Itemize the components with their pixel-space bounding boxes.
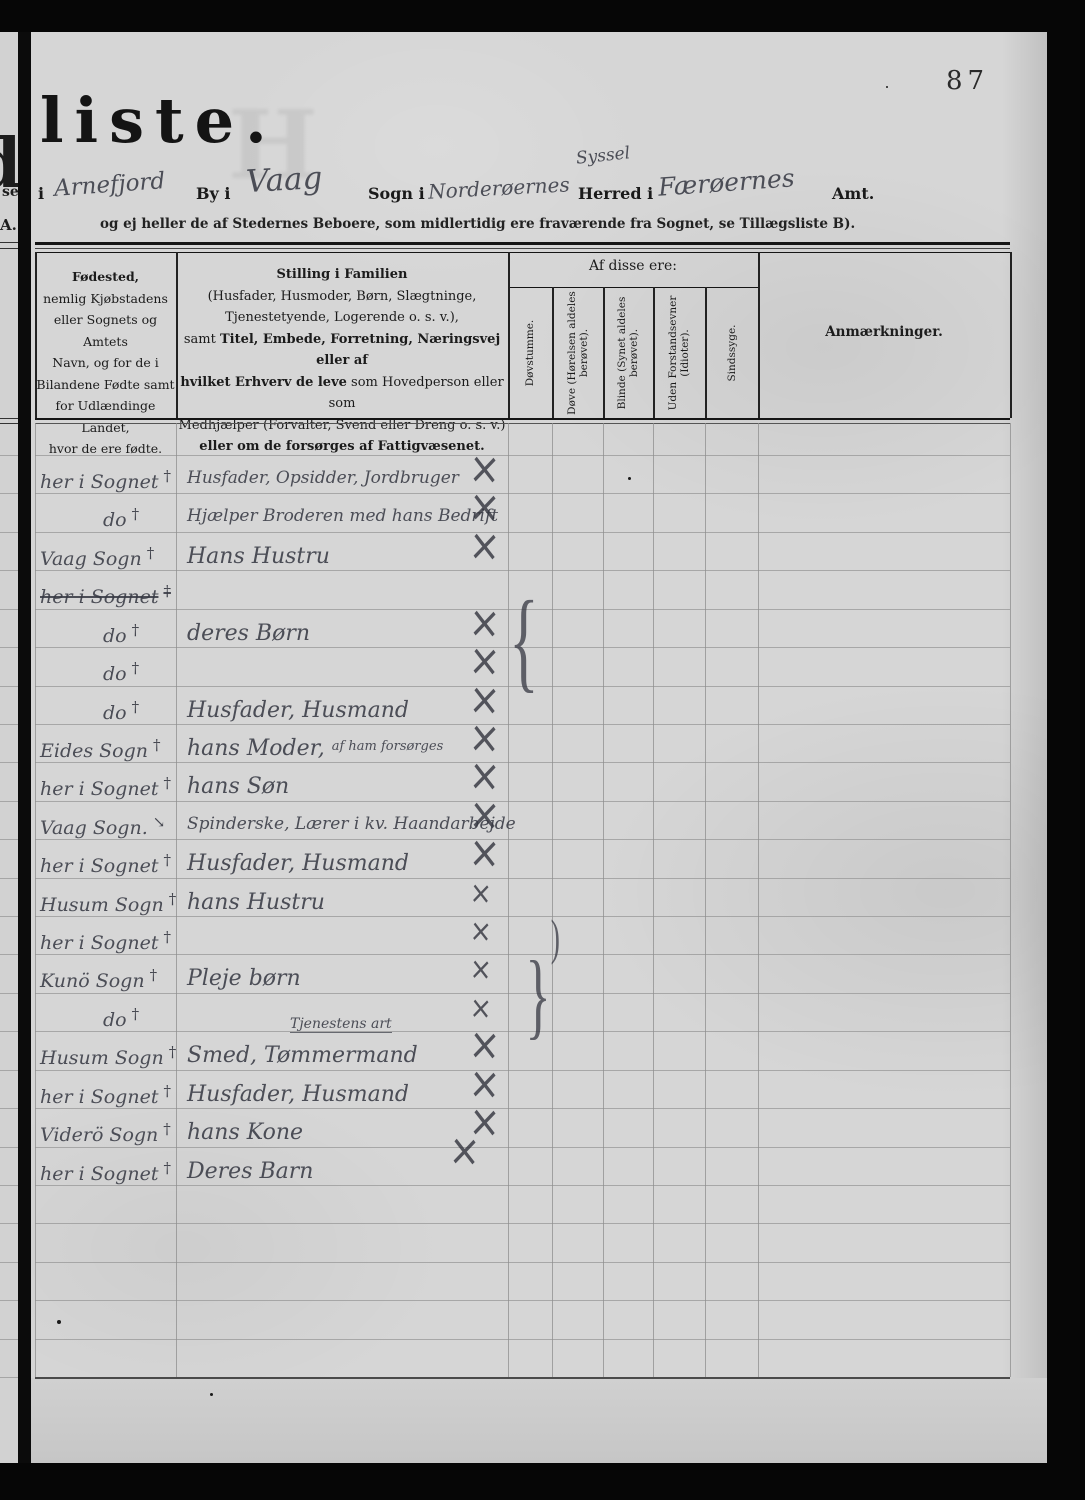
position-header-segment: Tjenestetyende, Logerende o. s. v.), (225, 310, 459, 325)
row-line-strip (0, 916, 18, 917)
header-column-line (508, 252, 510, 418)
position-entry: hans Kone (187, 1120, 303, 1145)
row-line-strip (0, 801, 18, 802)
position-header-segment: (Husfader, Husmoder, Børn, Slægtninge, (208, 289, 477, 304)
position-header-line: hvilket Erhverv de leve som Hovedperson … (176, 372, 508, 415)
cross-mark: ↘ (153, 813, 166, 831)
exclusion-note: og ej heller de af Stedernes Beboere, so… (100, 216, 855, 232)
label-amt: Amt. (832, 184, 874, 203)
birthplace-header-line: nemlig Kjøbstadens (35, 288, 176, 310)
position-note: af ham forsørges (332, 739, 444, 754)
row-line-strip (0, 686, 18, 687)
row-line-strip (0, 609, 18, 610)
cross-mark: † (132, 698, 140, 716)
narrow-column-header: Blinde (Synet aldeles berøvet). (603, 288, 653, 418)
row-line-strip (0, 762, 18, 763)
scanned-census-page: d se A. H liste. 87 i Arnefjord By i Vaa… (0, 0, 1085, 1500)
row-line (35, 1262, 1010, 1263)
table-row: Kunö Sogn†Pleje børn×} (35, 955, 1015, 993)
header-column-line (603, 287, 605, 418)
position-header-segment: Titel, Embede, Forretning, Næringsvej el… (220, 332, 500, 369)
birthplace-entry: do† (103, 702, 139, 724)
row-line-strip (0, 423, 18, 424)
row-line (35, 1377, 1010, 1379)
ink-speck (210, 1393, 213, 1396)
row-line-strip (0, 1339, 18, 1340)
cross-mark: † (163, 467, 171, 485)
cross-mark: † (163, 1082, 171, 1100)
cross-mark: † (150, 966, 158, 984)
narrow-column-header-label: Sindssyge. (726, 290, 738, 416)
row-line-strip (0, 1223, 18, 1224)
position-header-line: Tjenestetyende, Logerende o. s. v.), (176, 307, 508, 329)
tally-x-mark: × (469, 875, 493, 911)
col-header-position: Stilling i Familien(Husfader, Husmoder, … (176, 264, 508, 458)
tally-x-mark: × (448, 1125, 482, 1178)
row-line-strip (0, 878, 18, 879)
table-row: Husum Sogn†Smed, TømmermandTjenestens ar… (35, 1032, 1015, 1070)
row-line-strip (0, 532, 18, 533)
birthplace-text: her i Sognet (40, 932, 158, 954)
cross-mark: † (163, 1159, 171, 1177)
birthplace-entry: her i Sognet† (40, 586, 171, 608)
position-entry: Smed, Tømmermand (187, 1043, 418, 1068)
narrow-column-header: Døvstumme. (508, 288, 552, 418)
narrow-column-header-label: Døvstumme. (524, 290, 536, 416)
birthplace-text: do (103, 1009, 127, 1031)
narrow-column-header-label: Blinde (Synet aldeles berøvet). (616, 290, 640, 416)
table-row: do†Hjælper Broderen med hans Bedrift× (35, 494, 1015, 532)
label-by: By i (196, 184, 230, 203)
birthplace-text: her i Sognet (40, 471, 158, 493)
scan-border-bottom (0, 1463, 1085, 1500)
birthplace-entry: her i Sognet† (40, 932, 171, 954)
label-herred: Herred i (578, 184, 653, 203)
row-line-strip (0, 839, 18, 840)
af-disse-underline (508, 287, 758, 288)
header-column-line (35, 252, 37, 418)
rule-top-thin (35, 248, 1010, 249)
birthplace-header-line: eller Sognets og Amtets (35, 309, 176, 352)
margin-fragment-a: A. (0, 216, 17, 234)
position-header-line: (Husfader, Husmoder, Børn, Slægtninge, (176, 286, 508, 308)
birthplace-entry: Vaag Sogn.↘ (40, 817, 165, 839)
page-number: 87 (946, 66, 989, 96)
row-line-strip (0, 1070, 18, 1071)
cross-mark: † (169, 1043, 177, 1061)
table-row: her i Sognet†Husfader, Husmand× (35, 840, 1015, 878)
narrow-column-header-label: Uden Forstandsevner (Idioter). (667, 290, 691, 416)
rule-top-heavy (35, 242, 1010, 245)
ink-speck (886, 86, 888, 88)
birthplace-text: Husum Sogn (40, 1047, 164, 1069)
cross-mark: † (132, 659, 140, 677)
birthplace-text: her i Sognet (40, 1163, 158, 1185)
birthplace-header-line: Navn, og for de i (35, 352, 176, 374)
binding-gutter (18, 32, 31, 1463)
birthplace-text: Husum Sogn (40, 894, 164, 916)
birthplace-text: Viderö Sogn (40, 1124, 158, 1146)
birthplace-entry: do† (103, 625, 139, 647)
cross-mark: † (132, 505, 140, 523)
cross-mark: † (147, 544, 155, 562)
row-line-strip (0, 493, 18, 494)
cross-mark: † (153, 736, 161, 754)
row-line-strip (0, 418, 18, 419)
row-line (35, 1339, 1010, 1340)
birthplace-entry: her i Sognet† (40, 1086, 171, 1108)
position-entry: Pleje børn (187, 966, 301, 991)
row-line-strip (0, 1377, 18, 1378)
birthplace-header-title: Fødested, (35, 266, 176, 288)
position-entry: Hjælper Broderen med hans Bedrift (187, 506, 498, 526)
birthplace-entry: her i Sognet† (40, 855, 171, 877)
cross-mark: † (163, 851, 171, 869)
table-row: do†deres Børn×{ (35, 610, 1015, 648)
ink-speck (57, 1320, 61, 1324)
row-line-strip (0, 570, 18, 571)
birthplace-text: her i Sognet (40, 855, 158, 877)
birthplace-entry: Vaag Sogn† (40, 548, 154, 570)
header-column-line (176, 252, 178, 418)
birthplace-text: do (103, 509, 127, 531)
narrow-column-header-label: Døve (Hørelsen aldeles berøvet). (566, 290, 590, 416)
cross-mark: † (163, 1120, 171, 1138)
table-row: Eides Sogn†hans Moder,af ham forsørges× (35, 725, 1015, 763)
position-header-line: samt Titel, Embede, Forretning, Næringsv… (176, 329, 508, 372)
row-line-strip (0, 242, 18, 243)
facing-page-edge: d se A. (0, 32, 18, 1463)
position-header-segment: hvilket Erhverv de leve (180, 375, 347, 390)
page-bottom-shade (30, 1378, 1047, 1463)
birthplace-text: her i Sognet (40, 1086, 158, 1108)
birthplace-entry: do† (103, 509, 139, 531)
table-row: Vaag Sogn.↘Spinderske, Lærer i kv. Haand… (35, 802, 1015, 840)
birthplace-header-line: for Udlændinge Landet, (35, 395, 176, 438)
page-title: liste. (40, 84, 278, 157)
label-i: i (38, 184, 44, 203)
table-row: her i Sognet†Husfader, Husmand× (35, 1071, 1015, 1109)
position-header-segment: samt (184, 332, 220, 347)
position-entry: Deres Barn (187, 1159, 313, 1184)
row-line-strip (0, 1108, 18, 1109)
position-entry: hans Søn (187, 774, 289, 799)
tally-x-mark: × (468, 520, 502, 573)
table-row: Viderö Sogn†hans Kone× (35, 1109, 1015, 1147)
position-entry: deres Børn (187, 621, 310, 646)
header-column-line (653, 287, 655, 418)
label-sogn: Sogn i (368, 184, 425, 203)
table-row: her i Sognet†Deres Barn× (35, 1148, 1015, 1186)
position-entry: Husfader, Husmand (187, 1082, 409, 1107)
field-sogn-name: Vaag (245, 160, 323, 200)
birthplace-text: do (103, 663, 127, 685)
position-entry: Husfader, Husmand (187, 698, 409, 723)
position-header-segment: som Hovedperson eller som (329, 375, 504, 412)
cross-mark: † (163, 928, 171, 946)
table-row: her i Sognet†hans Søn× (35, 763, 1015, 801)
position-entry: hans Moder,af ham forsørges (187, 736, 443, 761)
ink-speck (628, 477, 631, 480)
cross-mark: † (132, 621, 140, 639)
birthplace-entry: Kunö Sogn† (40, 970, 157, 992)
row-line-strip (0, 248, 18, 249)
birthplace-text: Eides Sogn (40, 740, 148, 762)
position-header-line: Stilling i Familien (176, 264, 508, 286)
table-row: do†× (35, 648, 1015, 686)
row-line-strip (0, 993, 18, 994)
position-header-segment: eller om de forsørges af Fattigvæsenet. (199, 439, 484, 454)
service-annotation: Tjenestens art (290, 1016, 392, 1033)
row-line-strip (0, 455, 18, 456)
row-line-strip (0, 1185, 18, 1186)
birthplace-entry: Eides Sogn† (40, 740, 161, 762)
row-line (35, 1223, 1010, 1224)
table-row: do†Husfader, Husmand× (35, 687, 1015, 725)
table-row: Vaag Sogn†Hans Hustru× (35, 533, 1015, 571)
birthplace-text: Vaag Sogn. (40, 817, 148, 839)
table-row: her i Sognet†Husfader, Opsidder, Jordbru… (35, 456, 1015, 494)
cross-mark: † (169, 890, 177, 908)
header-column-line (552, 287, 554, 418)
birthplace-entry: Viderö Sogn† (40, 1124, 171, 1146)
col-header-remarks: Anmærkninger. (758, 324, 1010, 340)
birthplace-text: her i Sognet (40, 778, 158, 800)
narrow-column-header: Sindssyge. (705, 288, 758, 418)
position-entry: hans Hustru (187, 890, 325, 915)
birthplace-text: Kunö Sogn (40, 970, 145, 992)
birthplace-entry: her i Sognet† (40, 778, 171, 800)
header-column-line (1010, 252, 1012, 418)
tally-x-mark: × (468, 827, 502, 880)
cross-mark: † (163, 774, 171, 792)
row-line-strip (0, 647, 18, 648)
row-line (35, 1300, 1010, 1301)
row-line-strip (0, 1262, 18, 1263)
cross-mark: † (132, 1005, 140, 1023)
table-row: Husum Sogn†hans Hustru× (35, 879, 1015, 917)
header-column-line (705, 287, 707, 418)
birthplace-text: Vaag Sogn (40, 548, 142, 570)
birthplace-header-line: Bilandene Fødte samt (35, 374, 176, 396)
birthplace-text: do (103, 702, 127, 724)
birthplace-entry: her i Sognet† (40, 471, 171, 493)
position-header-segment: Stilling i Familien (277, 267, 408, 282)
birthplace-entry: Husum Sogn† (40, 1047, 176, 1069)
tally-x-mark: × (469, 913, 493, 949)
position-entry: Husfader, Opsidder, Jordbruger (187, 468, 459, 488)
col-header-birthplace: Fødested, nemlig Kjøbstadenseller Sognet… (35, 266, 176, 460)
scan-border-right (1047, 0, 1085, 1500)
position-entry: Husfader, Husmand (187, 851, 409, 876)
col-header-af-disse: Af disse ere: (508, 258, 758, 274)
row-line-strip (0, 1147, 18, 1148)
birthplace-entry: do† (103, 1009, 139, 1031)
birthplace-entry: Husum Sogn† (40, 894, 176, 916)
table-row: do†× (35, 994, 1015, 1032)
birthplace-entry: her i Sognet† (40, 1163, 171, 1185)
narrow-column-header: Uden Forstandsevner (Idioter). (653, 288, 705, 418)
row-line-strip (0, 724, 18, 725)
tally-x-mark: × (469, 951, 493, 987)
narrow-column-header: Døve (Hørelsen aldeles berøvet). (552, 288, 603, 418)
birthplace-entry: do† (103, 663, 139, 685)
header-box-top (35, 252, 1010, 253)
margin-fragment-se: se (2, 184, 18, 200)
row-line-strip (0, 954, 18, 955)
cross-mark: † (163, 582, 171, 600)
header-bottom-heavy (35, 418, 1010, 420)
birthplace-header-body: nemlig Kjøbstadenseller Sognets og Amtet… (35, 288, 176, 460)
header-column-line (758, 252, 760, 418)
birthplace-text: her i Sognet (40, 586, 158, 608)
position-entry: Spinderske, Lærer i kv. Haandarbejde (187, 814, 516, 834)
position-entry: Hans Hustru (187, 544, 330, 569)
birthplace-text: do (103, 625, 127, 647)
scan-border-top (0, 0, 1085, 32)
header-bottom-thin (35, 423, 1010, 424)
row-line-strip (0, 1031, 18, 1032)
row-line-strip (0, 1300, 18, 1301)
